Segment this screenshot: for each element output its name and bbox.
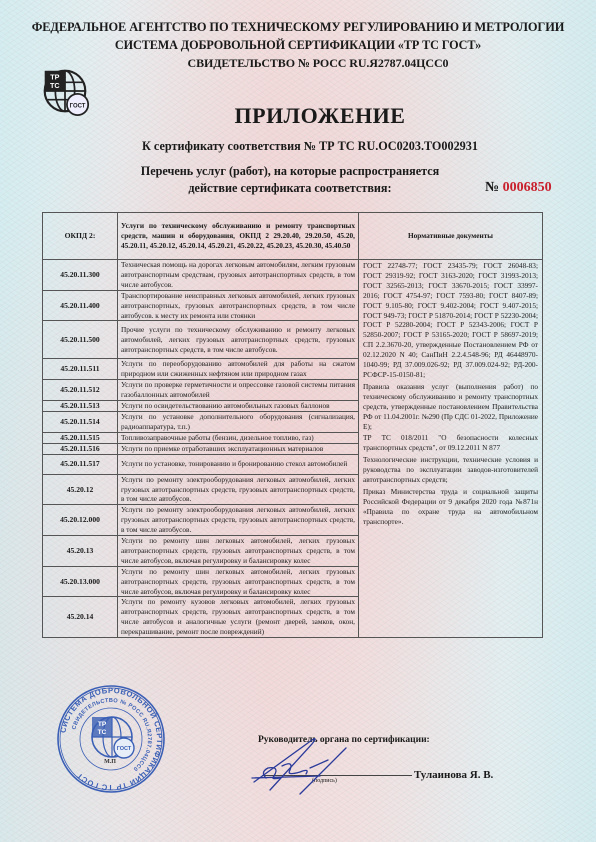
header-normative-cell: Нормативные документы [359, 213, 543, 260]
normative-document-item: Технологические инструкции, технические … [363, 455, 538, 485]
list-title-line-1: Перечень услуг (работ), на которые распр… [120, 164, 460, 179]
system-heading: СИСТЕМА ДОБРОВОЛЬНОЙ СЕРТИФИКАЦИИ «ТР ТС… [0, 38, 596, 53]
registration-heading: СВИДЕТЕЛЬСТВО № РОСС RU.Я2787.04ЦСС0 [20, 56, 596, 71]
okpd-code-cell: 45.20.11.516 [43, 443, 118, 454]
normative-document-item: Правила оказания услуг (выполнения работ… [363, 382, 538, 432]
svg-text:ТС: ТС [98, 729, 107, 736]
okpd-code-cell: 45.20.11.517 [43, 454, 118, 474]
service-description-cell: Услуги по установке, тонированию и брони… [118, 454, 359, 474]
service-description-cell: Транспортирование неисправных легковых а… [118, 290, 359, 321]
certification-stamp: ТР ТС ГОСТ М.П СИСТЕМА ДОБРОВОЛЬНОЙ СЕРТ… [55, 683, 167, 795]
okpd-code-cell: 45.20.11.515 [43, 432, 118, 443]
okpd-code-cell: 45.20.11.300 [43, 260, 118, 291]
service-description-cell: Услуги по приемке отработавших эксплуата… [118, 443, 359, 454]
svg-text:ТС: ТС [50, 81, 60, 90]
service-description-cell: Услуги по переоборудованию автомобилей д… [118, 359, 359, 380]
okpd-code-cell: 45.20.12 [43, 474, 118, 505]
service-description-cell: Прочие услуги по техническому обслуживан… [118, 321, 359, 359]
svg-text:ГОСТ: ГОСТ [70, 103, 86, 109]
normative-document-item: ТР ТС 018/2011 "О безопасности колесных … [363, 433, 538, 453]
agency-heading: ФЕДЕРАЛЬНОЕ АГЕНТСТВО ПО ТЕХНИЧЕСКОМУ РЕ… [0, 20, 596, 35]
form-number-prefix: № [485, 180, 499, 195]
table-header-row: ОКПД 2: Услуги по техническому обслужива… [43, 213, 543, 260]
document-title: ПРИЛОЖЕНИЕ [130, 103, 510, 129]
svg-text:ТР: ТР [98, 721, 107, 728]
svg-text:М.П: М.П [104, 759, 116, 765]
okpd-code-cell: 45.20.14 [43, 597, 118, 638]
list-title-line-2: действие сертификата соответствия: [120, 181, 460, 196]
service-description-cell: Услуги по ремонту шин легковых автомобил… [118, 566, 359, 597]
header-description-cell: Услуги по техническому обслуживанию и ре… [118, 213, 359, 260]
services-table: ОКПД 2: Услуги по техническому обслужива… [42, 212, 543, 638]
table-row: 45.20.11.300Техническая помощь на дорога… [43, 260, 543, 291]
okpd-code-cell: 45.20.11.400 [43, 290, 118, 321]
service-description-cell: Услуги по освидетельствованию автомобиль… [118, 401, 359, 412]
normative-document-item: Приказ Министерства труда и социальной з… [363, 487, 538, 527]
okpd-code-cell: 45.20.12.000 [43, 505, 118, 536]
service-description-cell: Услуги по ремонту электрооборудования ле… [118, 474, 359, 505]
form-number: № 0006850 [485, 180, 552, 196]
okpd-code-cell: 45.20.11.513 [43, 401, 118, 412]
okpd-code-cell: 45.20.13.000 [43, 566, 118, 597]
service-description-cell: Техническая помощь на дорогах легковым а… [118, 260, 359, 291]
service-description-cell: Услуги по ремонту кузовов легковых автом… [118, 597, 359, 638]
handwritten-signature [250, 728, 380, 798]
okpd-code-cell: 45.20.11.512 [43, 380, 118, 401]
okpd-code-cell: 45.20.13 [43, 536, 118, 567]
okpd-code-cell: 45.20.11.500 [43, 321, 118, 359]
form-number-value: 0006850 [503, 180, 552, 195]
service-description-cell: Услуги по установке дополнительного обор… [118, 411, 359, 432]
service-description-cell: Услуги по проверке герметичности и опрес… [118, 380, 359, 401]
okpd-code-cell: 45.20.11.514 [43, 411, 118, 432]
certificate-reference: К сертификату соответствия № ТР ТС RU.OC… [100, 139, 520, 154]
okpd-code-cell: 45.20.11.511 [43, 359, 118, 380]
service-description-cell: Услуги по ремонту шин легковых автомобил… [118, 536, 359, 567]
signatory-name: Тулаинова Я. В. [414, 769, 493, 781]
service-description-cell: Услуги по ремонту электрооборудования ле… [118, 505, 359, 536]
svg-text:ТР: ТР [50, 72, 59, 81]
header-code-cell: ОКПД 2: [43, 213, 118, 260]
normative-document-item: ГОСТ 22748-77; ГОСТ 23435-79; ГОСТ 26048… [363, 261, 538, 380]
svg-text:ГОСТ: ГОСТ [117, 746, 132, 752]
globe-logo-icon: ТР ТС ГОСТ [36, 62, 94, 120]
normative-documents-cell: ГОСТ 22748-77; ГОСТ 23435-79; ГОСТ 26048… [359, 260, 543, 638]
service-description-cell: Топливозаправочные работы (бензин, дизел… [118, 432, 359, 443]
